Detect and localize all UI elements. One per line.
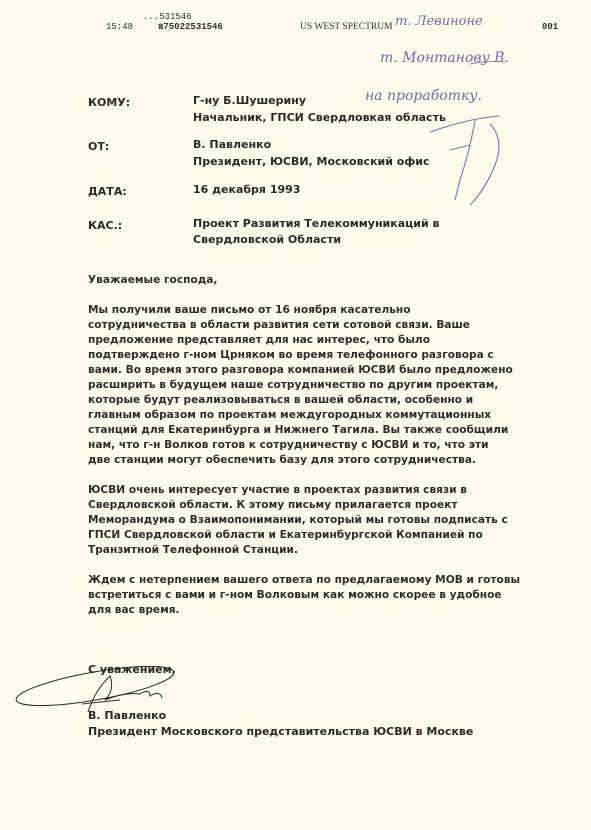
- fax-page-number: 001: [542, 22, 558, 32]
- to-label: КОМУ:: [88, 96, 130, 109]
- handwritten-note-3: на проработку.: [365, 88, 482, 104]
- from-title: Президент, ЮСВИ, Московский офис: [193, 154, 430, 170]
- re-line-2: Свердловской Области: [193, 232, 341, 248]
- date-value: 16 декабря 1993: [193, 182, 300, 198]
- signer-title: Президент Московского представительства …: [88, 724, 473, 740]
- handwritten-note-1: т. Левиноне: [395, 14, 483, 29]
- from-label: ОТ:: [88, 140, 109, 153]
- to-name: Г-ну Б.Шушерину: [193, 93, 306, 109]
- fax-top-number: ...531546: [143, 12, 192, 22]
- from-name: В. Павленко: [193, 137, 271, 153]
- date-label: ДАТА:: [88, 185, 127, 198]
- fax-time: 15:48: [106, 22, 133, 32]
- re-label: КАС.:: [88, 219, 122, 232]
- signer-name: В. Павленко: [88, 708, 166, 724]
- closing: С уважением,: [88, 662, 176, 678]
- paragraph-1: Мы получили ваше письмо от 16 ноября кас…: [88, 303, 548, 468]
- fax-phone: ☎75022531546: [158, 22, 223, 32]
- to-title: Начальник, ГПСИ Свердловкая область: [193, 110, 446, 126]
- greeting: Уважаемые господа,: [88, 273, 548, 288]
- letter-body: Уважаемые господа, Мы получили ваше пись…: [88, 273, 548, 633]
- re-line-1: Проект Развития Телекоммуникаций в: [193, 216, 440, 232]
- paragraph-2: ЮСВИ очень интересует участие в проектах…: [88, 483, 548, 558]
- approval-signature-icon: [430, 116, 500, 205]
- handwritten-note-2: т. Монтанову В.: [380, 50, 509, 66]
- paragraph-3: Ждем с нетерпением вашего ответа по пред…: [88, 573, 548, 618]
- fax-sender: US WEST SPECTRUM: [300, 22, 393, 32]
